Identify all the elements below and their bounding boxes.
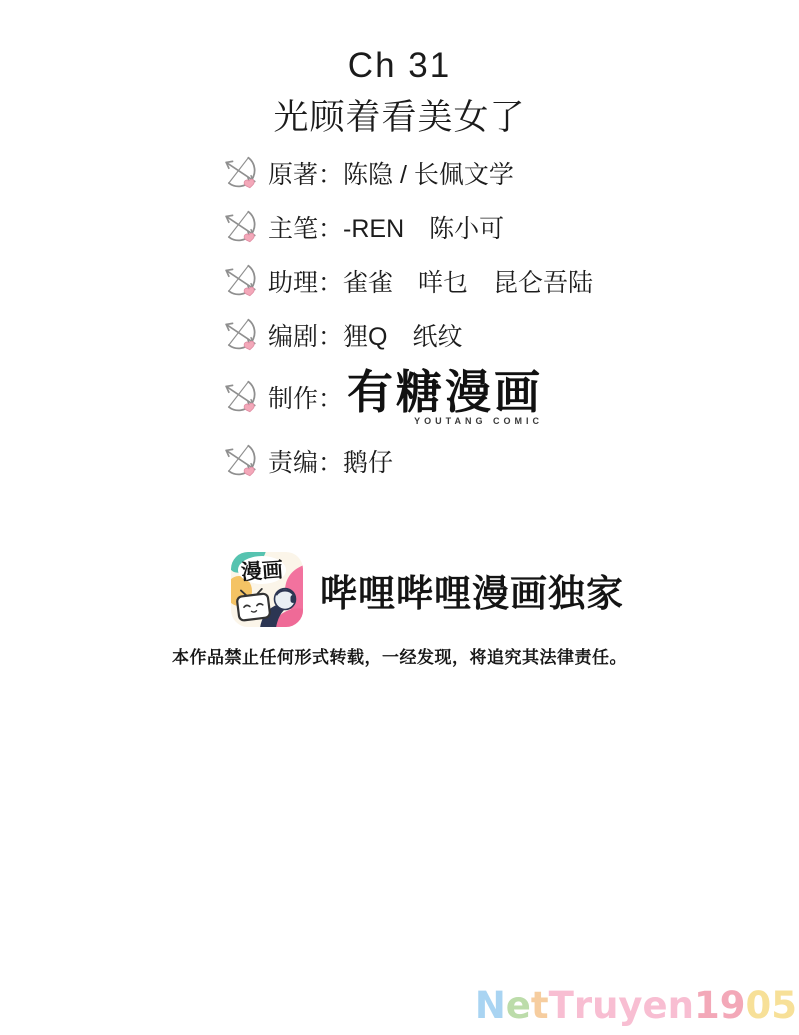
credit-row-production: 制作： 有糖漫画 YOUTANG COMIC xyxy=(222,362,593,432)
chapter-number: Ch 31 xyxy=(0,46,799,86)
cupid-bow-icon xyxy=(222,442,260,480)
credit-row-screenwriter: 编剧： 狸Q 纸纹 xyxy=(222,308,593,362)
bilibili-exclusive-text: 哔哩哔哩漫画独家 xyxy=(320,563,624,617)
youtang-comic-logo: 有糖漫画 YOUTANG COMIC xyxy=(347,369,543,426)
publisher-block: 漫画 哔哩哔哩漫画独家 xyxy=(230,551,624,628)
credit-names: 狸Q 纸纹 xyxy=(343,317,462,353)
credit-names: 雀雀 咩乜 昆仑吾陆 xyxy=(343,263,593,299)
credit-names: 陈隐 / 长佩文学 xyxy=(343,155,514,191)
chapter-name: 光顾着看美女了 xyxy=(0,90,799,140)
credit-row-assistants: 助理： 雀雀 咩乜 昆仑吾陆 xyxy=(222,254,593,308)
cupid-bow-icon xyxy=(222,378,260,416)
cupid-bow-icon xyxy=(222,208,260,246)
bilibili-icon-manga-label: 漫画 xyxy=(240,559,284,585)
credit-row-author: 原著： 陈隐 / 长佩文学 xyxy=(222,146,593,200)
credit-names: 鹅仔 xyxy=(343,443,393,479)
credit-role: 原著： xyxy=(268,155,343,191)
youtang-logo-text: 有糖漫画 xyxy=(347,369,543,415)
credits-list: 原著： 陈隐 / 长佩文学 主笔： -REN 陈小可 助理： 雀雀 咩乜 昆仑吾… xyxy=(222,146,593,490)
copyright-disclaimer: 本作品禁止任何形式转载，一经发现，将追究其法律责任。 xyxy=(0,643,799,668)
credit-row-editor: 责编： 鹅仔 xyxy=(222,432,593,490)
credit-role: 助理： xyxy=(268,263,343,299)
bilibili-manga-app-icon: 漫画 xyxy=(230,551,304,628)
credit-role: 主笔： xyxy=(268,209,343,245)
credit-names: -REN 陈小可 xyxy=(343,209,504,245)
cupid-bow-icon xyxy=(222,316,260,354)
cupid-bow-icon xyxy=(222,154,260,192)
credit-role: 责编： xyxy=(268,443,343,479)
chapter-title-block: Ch 31 光顾着看美女了 xyxy=(0,46,799,140)
credit-role: 编剧： xyxy=(268,317,343,353)
credit-role: 制作： xyxy=(268,379,343,415)
site-watermark: NetTruyen1905 xyxy=(475,987,797,1024)
cupid-bow-icon xyxy=(222,262,260,300)
credit-row-artist: 主笔： -REN 陈小可 xyxy=(222,200,593,254)
